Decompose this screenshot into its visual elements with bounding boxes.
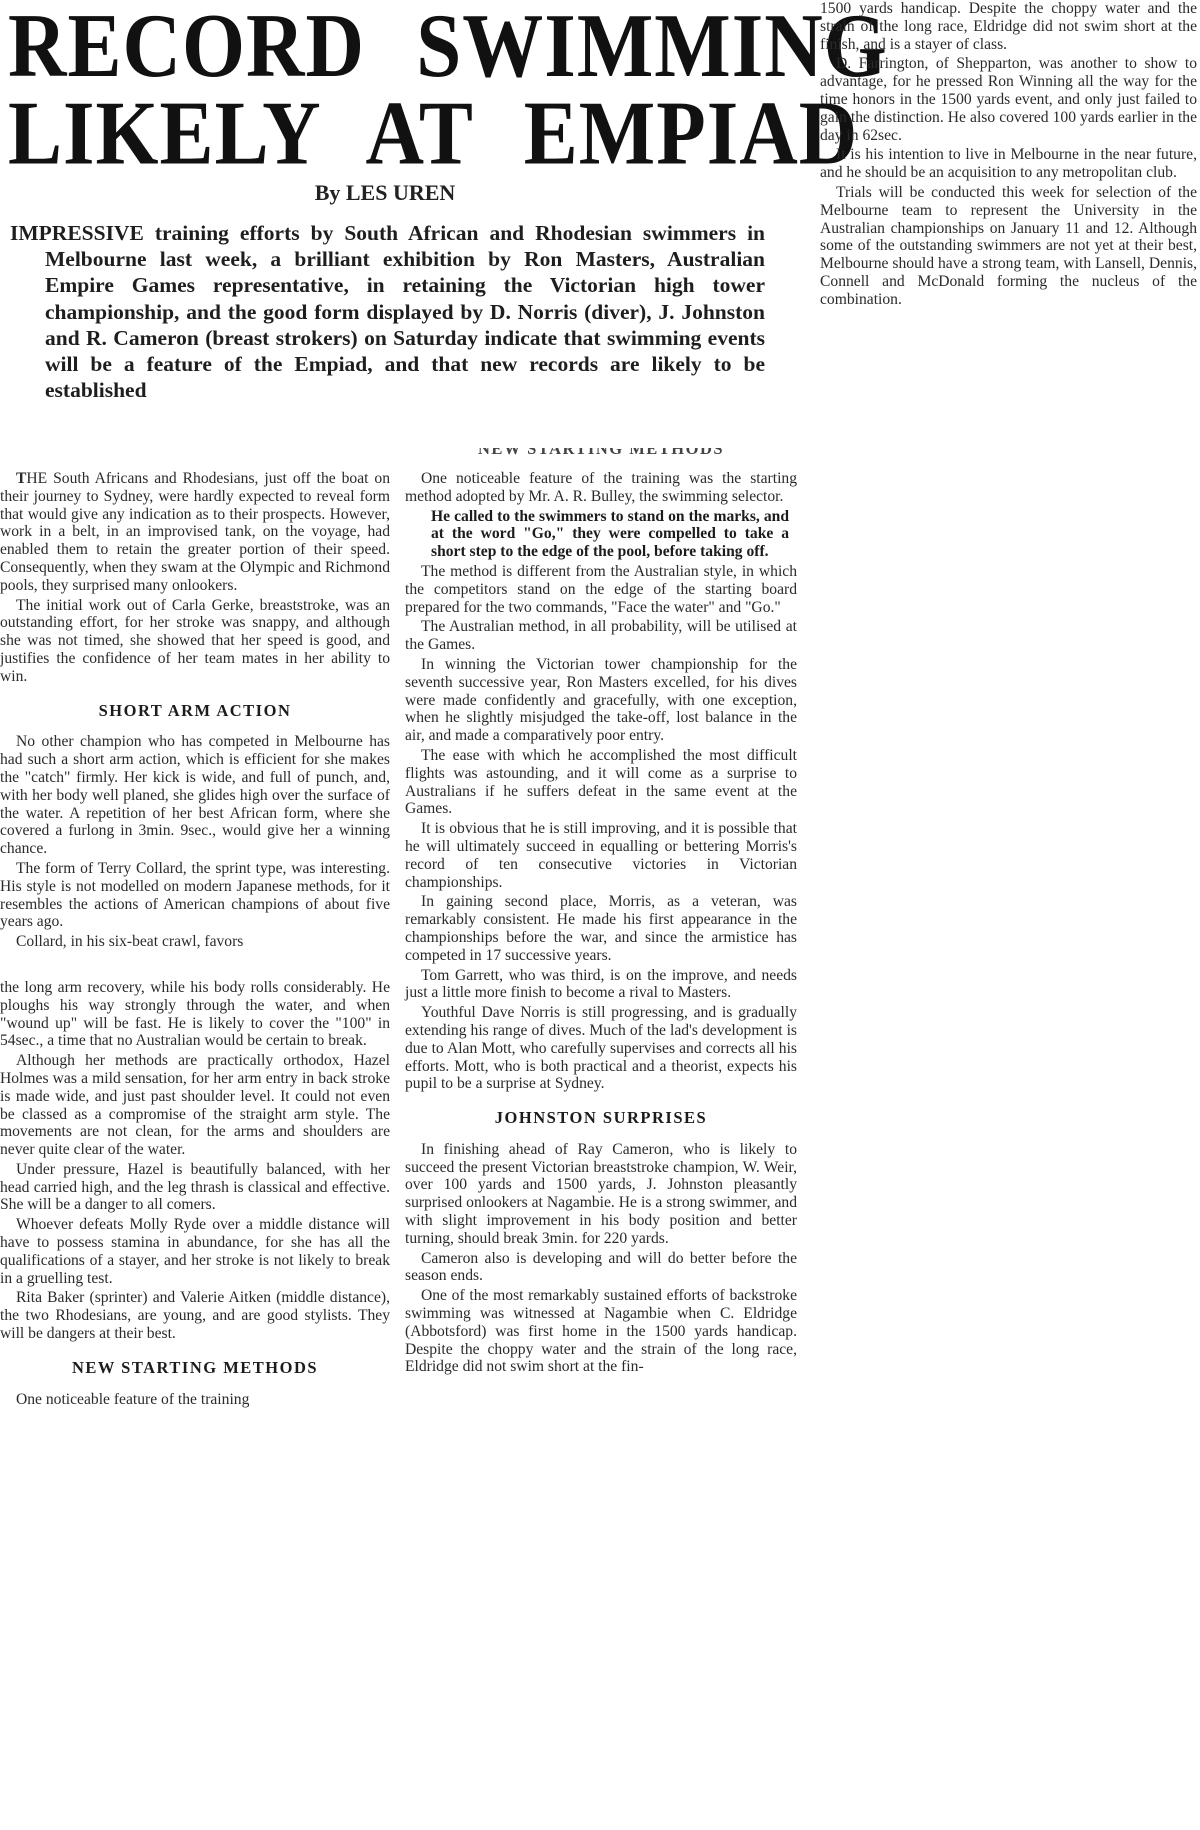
- paragraph: Whoever defeats Molly Ryde over a middle…: [0, 1216, 390, 1287]
- paragraph: Collard, in his six-beat crawl, favors: [0, 933, 390, 951]
- paragraph: Although her methods are practically ort…: [0, 1052, 390, 1159]
- subheading: SHORT ARM ACTION: [0, 702, 390, 720]
- headline-line-1: RECORD SWIMMING: [8, 2, 768, 89]
- paragraph: Trials will be conducted this week for s…: [820, 184, 1197, 309]
- paragraph: the long arm recovery, while his body ro…: [0, 979, 390, 1050]
- intro-paragraph: IMPRESSIVE training efforts by South Afr…: [10, 220, 765, 403]
- subheading: NEW STARTING METHODS: [0, 1359, 390, 1377]
- paragraph: Tom Garrett, who was third, is on the im…: [405, 967, 797, 1003]
- paragraph: D. Farrington, of Shepparton, was anothe…: [820, 55, 1197, 144]
- paragraph: 1500 yards handicap. Despite the choppy …: [820, 0, 1197, 53]
- paragraph: One of the most remarkably sustained eff…: [405, 1287, 797, 1376]
- paragraph: THE South Africans and Rhodesians, just …: [0, 470, 390, 595]
- paragraph: Under pressure, Hazel is beautifully bal…: [0, 1161, 390, 1214]
- paragraph: It is obvious that he is still improving…: [405, 820, 797, 891]
- intro-lead-word: IMPRESSIVE: [10, 221, 144, 245]
- paragraph: No other champion who has competed in Me…: [0, 733, 390, 858]
- paragraph: In winning the Victorian tower champions…: [405, 656, 797, 745]
- article-column-2: One noticeable feature of the training w…: [405, 470, 797, 1378]
- paragraph: In finishing ahead of Ray Cameron, who i…: [405, 1141, 797, 1248]
- paragraph: One noticeable feature of the training: [0, 1391, 390, 1409]
- byline: By LES UREN: [0, 180, 770, 206]
- paragraph: In gaining second place, Morris, as a ve…: [405, 893, 797, 964]
- article-column-3: 1500 yards handicap. Despite the choppy …: [820, 0, 1197, 311]
- paragraph: The Australian method, in all probabilit…: [405, 618, 797, 654]
- clipped-subheading: NEW STARTING METHODS: [405, 448, 797, 458]
- quoted-paragraph: He called to the swimmers to stand on th…: [431, 508, 789, 561]
- paragraph: One noticeable feature of the training w…: [405, 470, 797, 506]
- headline: RECORD SWIMMING LIKELY AT EMPIAD: [8, 2, 768, 177]
- headline-line-2: LIKELY AT EMPIAD: [8, 89, 768, 176]
- paragraph: It is his intention to live in Melbourne…: [820, 146, 1197, 182]
- drop-cap: T: [16, 470, 26, 487]
- fold-gap: [0, 953, 390, 979]
- paragraph: Youthful Dave Norris is still progressin…: [405, 1004, 797, 1093]
- subheading: JOHNSTON SURPRISES: [405, 1109, 797, 1127]
- paragraph: The ease with which he accomplished the …: [405, 747, 797, 818]
- intro-text: training efforts by South African and Rh…: [45, 221, 765, 402]
- article-column-1: THE South Africans and Rhodesians, just …: [0, 470, 390, 1410]
- paragraph: The form of Terry Collard, the sprint ty…: [0, 860, 390, 931]
- paragraph: Cameron also is developing and will do b…: [405, 1250, 797, 1286]
- paragraph: The initial work out of Carla Gerke, bre…: [0, 597, 390, 686]
- paragraph: The method is different from the Austral…: [405, 563, 797, 616]
- paragraph: Rita Baker (sprinter) and Valerie Aitken…: [0, 1289, 390, 1342]
